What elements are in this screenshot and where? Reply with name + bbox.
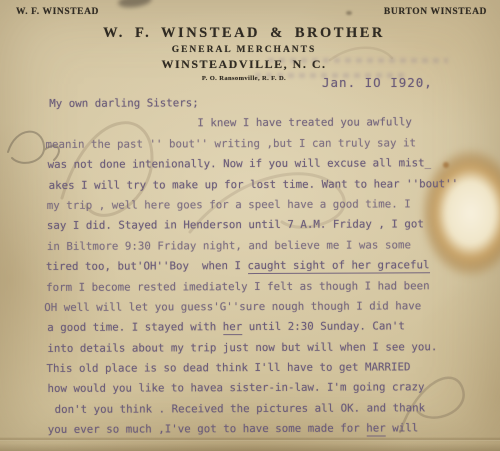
letter-text: into details about my trip just now but … xyxy=(47,340,437,355)
bottom-edge-shadow xyxy=(0,443,500,451)
letter-text: akes I will try to make up for lost time… xyxy=(49,177,459,192)
scanned-letter-page: { "document_type": "scanned typewritten … xyxy=(0,0,500,451)
letter-text: meanin the past '' bout'' writing ,but I… xyxy=(45,136,416,151)
letterhead-name-left: W. F. WINSTEAD xyxy=(16,7,99,17)
letter-text: you ever so much ,I've got to have some … xyxy=(48,422,367,436)
letter-line: was not done intenionally. Now if you wi… xyxy=(48,153,480,175)
company-name: W. F. WINSTEAD & BROTHER xyxy=(0,25,494,42)
letter-line: OH well will let you guess'G''sure nough… xyxy=(44,296,480,318)
letter-line: my trip , well here goes for a speel hav… xyxy=(47,194,480,216)
letterhead-name-right: BURTON WINSTEAD xyxy=(384,7,487,17)
speck-top xyxy=(346,11,352,15)
letter-text: was not done intenionally. Now if you wi… xyxy=(48,156,432,171)
letter-text: until 2:30 Sunday. Can't xyxy=(242,320,405,334)
letter-line: don't you think . Received the pictures … xyxy=(55,398,481,420)
letter-text: my trip , well here goes for a speel hav… xyxy=(47,197,411,212)
letter-line: form I become rested imediately I felt a… xyxy=(46,276,480,298)
letter-line: in Biltmore 9:30 Friday night, and belie… xyxy=(47,235,480,257)
letter-line: a good time. I stayed with her until 2:3… xyxy=(47,316,480,338)
city-line: WINSTEADVILLE, N. C. xyxy=(0,57,494,72)
letter-line: how would you like to havea sister-in-la… xyxy=(47,378,480,400)
letter-text: OH well will let you guess'G''sure nough… xyxy=(44,299,421,314)
underlined-text: caught sight of her graceful xyxy=(247,258,429,274)
letter-text: in Biltmore 9:30 Friday night, and belie… xyxy=(47,238,411,253)
letter-text: don't you think . Received the pictures … xyxy=(55,401,426,416)
letter-text: a good time. I stayed with xyxy=(47,320,223,334)
letter-line: My own darling Sisters; xyxy=(49,92,479,114)
letter-line: This old place is so dead think I'll hav… xyxy=(46,357,480,379)
letter-line: meanin the past '' bout'' writing ,but I… xyxy=(45,133,479,155)
underlined-text: her xyxy=(223,320,243,335)
letter-line: say I did. Stayed in Henderson until 7 A… xyxy=(47,214,480,236)
letter-text: My own darling Sisters; xyxy=(49,96,199,110)
letter-text: will xyxy=(386,422,419,435)
letter-line: akes I will try to make up for lost time… xyxy=(49,174,480,196)
letter-date: Jan. IO I920, xyxy=(322,75,433,90)
business-line: GENERAL MERCHANTS xyxy=(0,45,494,55)
letter-line: I knew I have treated you awfully xyxy=(197,112,479,134)
letterhead-center-block: W. F. WINSTEAD & BROTHER GENERAL MERCHAN… xyxy=(0,25,494,82)
letter-line: into details about my trip just now but … xyxy=(47,337,480,359)
letter-text: I knew I have treated you awfully xyxy=(197,116,412,130)
letter-text: say I did. Stayed in Henderson until 7 A… xyxy=(47,218,424,233)
letter-text: This old place is so dead think I'll hav… xyxy=(46,360,410,375)
letter-text: form I become rested imediately I felt a… xyxy=(46,279,430,294)
letter-line: you ever so much ,I've got to have some … xyxy=(48,418,481,440)
letter-text: how would you like to havea sister-in-la… xyxy=(48,381,425,396)
letter-line: tired too, but'OH''Boy when I caught sig… xyxy=(46,255,480,277)
letter-text: tired too, but'OH''Boy when I xyxy=(46,259,248,273)
ink-smudge-top xyxy=(117,0,152,9)
letter-body: My own darling Sisters;I knew I have tre… xyxy=(45,92,481,441)
underlined-text: her xyxy=(366,422,386,437)
